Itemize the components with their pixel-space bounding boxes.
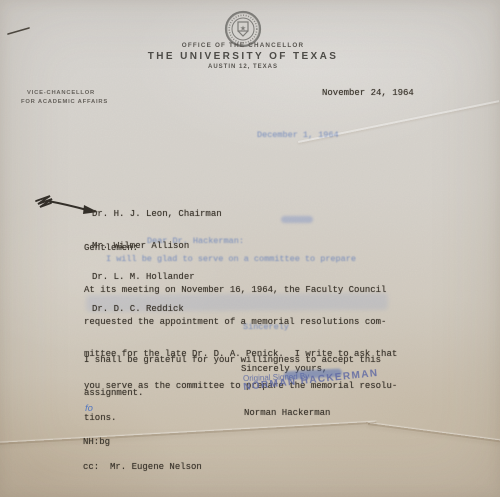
scanned-letter-photo: { "letterhead": { "office": "OFFICE OF T…: [0, 0, 500, 497]
letter-date: November 24, 1964: [322, 88, 414, 98]
staple-mark: [6, 24, 32, 38]
handwritten-note: fo: [85, 403, 93, 414]
body-line: At its meeting on November 16, 1964, the…: [84, 284, 397, 296]
body-line: I shall be grateful for your willingness…: [84, 354, 381, 367]
letterhead-office: OFFICE OF THE CHANCELLOR: [93, 42, 393, 49]
cc-line: cc: Mr. Eugene Nelson: [83, 462, 202, 472]
body-line: tions.: [84, 412, 397, 424]
letterhead-university: THE UNIVERSITY OF TEXAS: [93, 51, 393, 62]
svg-text:★: ★: [240, 25, 246, 33]
typist-initials: NH:bg: [83, 437, 110, 447]
typed-signature-name: Norman Hackerman: [244, 408, 330, 418]
body-line: requested the appointment of a memorial …: [84, 316, 397, 328]
body-line: assignment.: [84, 387, 381, 400]
letterhead-academic-affairs: FOR ACADEMIC AFFAIRS: [21, 99, 108, 105]
ghost-date: December 1, 1964: [257, 130, 339, 140]
letterhead-city: AUSTIN 12, TEXAS: [93, 64, 393, 70]
salutation: Gentlemen:: [84, 243, 138, 253]
recipient-line: Dr. H. J. Leon, Chairman: [92, 209, 222, 221]
letterhead-vice-chancellor: VICE-CHANCELLOR: [27, 90, 95, 96]
